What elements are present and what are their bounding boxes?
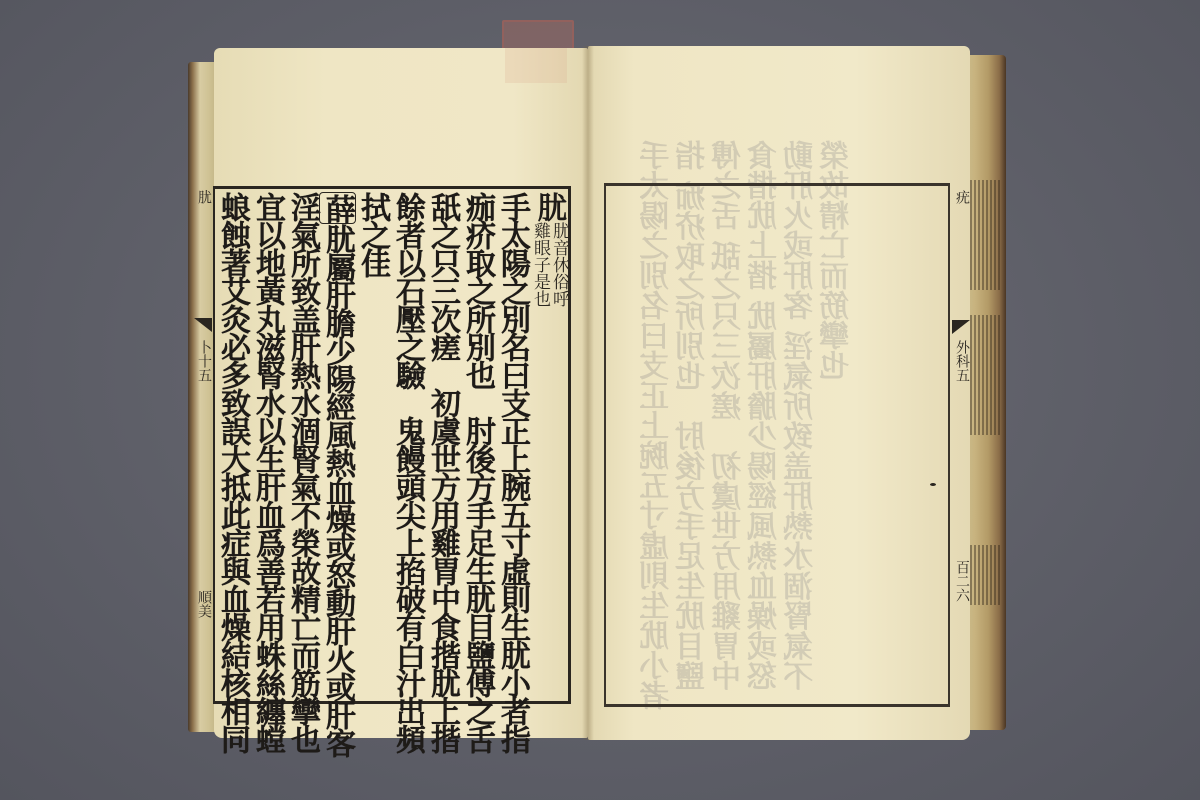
text-column: 痂疥取之所別也 肘後方手足生肬目鹽傅之舌 [460, 192, 495, 700]
note-line: 肬音休俗呼 [549, 222, 568, 307]
right-margin-column: 疣 外科五 百二六 [952, 190, 970, 700]
left-margin-column: 肬 卜十五 順美 [194, 190, 212, 700]
text-column: 舐之只三次瘥 初虞世方用雞胃中食揩肬上揩 [425, 192, 460, 700]
edge-ink-mark [970, 315, 1000, 435]
fish-tail-mark [194, 318, 212, 332]
text-column-commentary: 薛肬屬肝膽少陽經風熱血燥或怒動肝火或肝客 [320, 192, 355, 700]
edge-ink-mark [970, 545, 1000, 605]
margin-section: 外科五 [952, 340, 972, 382]
margin-title: 肬 [194, 190, 214, 204]
commentary-marker: 薛 [319, 192, 356, 224]
text-column: 淫氣所致盖肝熱水涸腎氣不榮故精亡而筋攣也 [285, 192, 320, 700]
text-column: 餘者以石壓之驗 鬼饅頭尖上掐破有白汁出頻 [390, 192, 425, 700]
margin-footer: 順美 [194, 590, 214, 618]
entry-heading: 肬 肬音休俗呼 雞眼子是也 [530, 192, 568, 700]
commentary-text: 肬屬肝膽少陽經風熱血燥或怒動肝火或肝客 [320, 224, 355, 756]
fish-tail-mark [952, 320, 970, 334]
note-line: 雞眼子是也 [530, 222, 549, 307]
text-column: 宜以地黃丸滋腎水以生肝血爲善若用蛛絲纏螳 [250, 192, 285, 700]
text-column: 手太陽之別名曰支正上腕五寸虛則生肬小者指 [495, 192, 530, 700]
text-column: 拭之佳 [355, 192, 390, 700]
gutter [582, 46, 594, 740]
main-text-block: 肬 肬音休俗呼 雞眼子是也 手太陽之別名曰支正上腕五寸虛則生肬小者指 痂疥取之所… [218, 192, 568, 700]
ink-speck [930, 483, 936, 486]
interlinear-note: 肬音休俗呼 雞眼子是也 [530, 222, 568, 307]
text-column: 蜋蝕著艾灸必多致誤大抵此症與血燥結核相同 [215, 192, 250, 700]
margin-page-number: 百二六 [952, 560, 972, 602]
right-page-frame [604, 183, 950, 707]
right-page-frame-rule [948, 183, 950, 707]
margin-section: 卜十五 [194, 340, 214, 382]
margin-title: 疣 [952, 190, 972, 204]
open-book: 手太陽之別名曰支正上腕五寸虛則生肬小者指 痂疥取之所別也 肘後方手足生肬目鹽傅之… [0, 0, 1200, 800]
seal-stamp-faint [505, 48, 567, 83]
edge-ink-mark [970, 180, 1000, 290]
headword: 肬 [532, 192, 567, 222]
